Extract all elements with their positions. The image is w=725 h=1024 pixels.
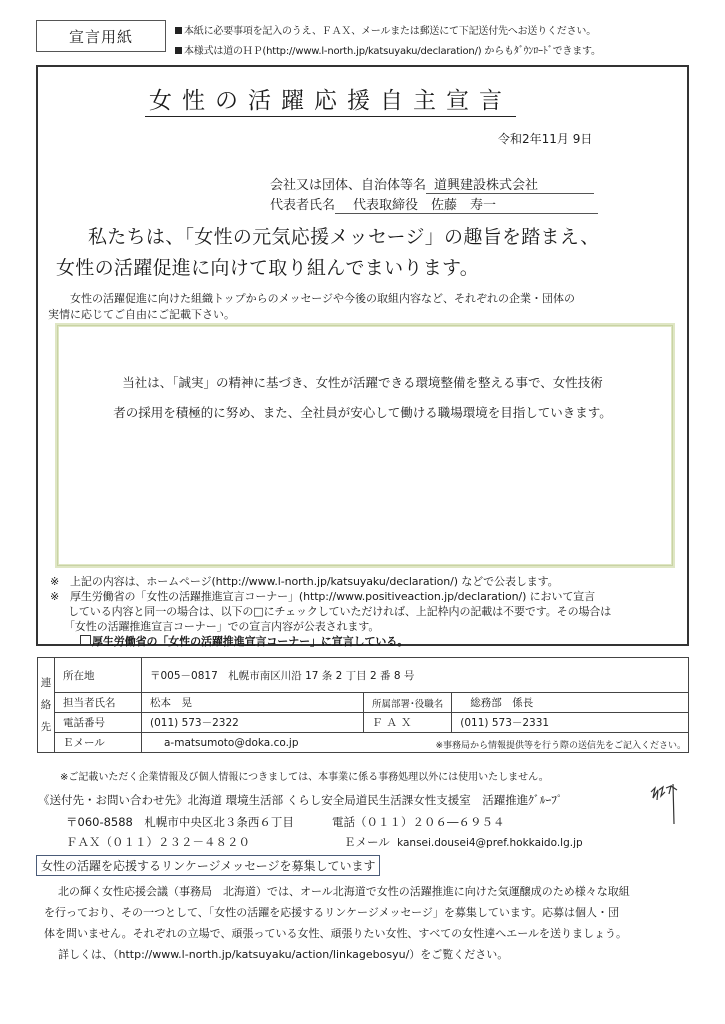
pledge-line-1: 私たちは、「女性の元気応援メッセージ」の趣旨を踏まえ、 [88,222,600,249]
representative-label: 代表者氏名 [270,194,335,214]
representative-field[interactable]: 代表者氏名 代表取締役 佐藤 寿一 [270,194,598,214]
instruction-line-1: 女性の活躍促進に向けた組織トップからのメッセージや今後の取組内容など、それぞれの… [70,290,575,306]
page-title: 女性の活躍応援自主宣言 [145,82,516,117]
privacy-note: ※ご記載いただく企業情報及び個人情報につきましては、本事業に係る事務処理以外には… [60,768,549,783]
note-line-4: 「女性の活躍推進宣言コーナー」での宣言内容が公表されます。 [64,618,379,634]
send-to-phone: 電話（０１１）２０６―６９５４ [332,814,505,830]
phone-value[interactable]: (011) 573－2322 [142,713,364,733]
person-label: 担当者氏名 [55,693,142,713]
email-label: Ｅメール [55,733,142,753]
bullet-square-icon [175,47,182,54]
message-textarea[interactable] [55,323,675,568]
form-label: 宣言用紙 [36,20,166,52]
checkbox-label: 厚生労働省の「女性の活躍推進宣言コーナー」に宣言している。 [92,635,408,648]
send-to-fax: ＦＡＸ（０１１）２３２－４８２０ [66,834,250,850]
notice-line-2: 本様式は道のＨＰ(http://www.l-north.jp/katsuyaku… [175,42,601,57]
linkage-line-1: 北の輝く女性応援会議（事務局 北海道）では、オール北海道で女性の活躍推進に向けた… [58,883,630,899]
form-label-text: 宣言用紙 [69,26,133,47]
dept-value[interactable]: 総務部 係長 [452,693,689,713]
org-name-field[interactable]: 会社又は団体、自治体等名 道興建設株式会社 [270,174,594,194]
person-value[interactable]: 松本 晃 [142,693,364,713]
phone-label: 電話番号 [55,713,142,733]
message-line-2: 者の採用を積極的に努め、また、全社員が安心して働ける職場環境を目指していきます。 [0,403,725,421]
note-line-2: ※ 厚生労働省の「女性の活躍推進宣言コーナー」(http://www.posit… [50,588,595,604]
contact-table: 連 絡 先 所在地 〒005－0817 札幌市南区川沿 17 条 2 丁目 2 … [37,657,689,753]
fax-label: ＦＡＸ [364,713,452,733]
contact-side-label: 連 絡 先 [38,658,55,753]
send-to-address: 〒060-8588 札幌市中央区北３条西６丁目 [66,814,294,830]
org-name-label: 会社又は団体、自治体等名 [270,174,426,194]
linkage-heading: 女性の活躍を応援するリンケージメッセージを募集しています [36,855,380,876]
dept-label: 所属部署･役職名 [364,693,452,713]
checkbox[interactable] [80,635,91,646]
linkage-line-2: を行っており、その一つとして、「女性の活躍を応援するリンケージメッセージ」を募集… [44,904,619,920]
send-to-email[interactable]: Ｅメール kansei.dousei4@pref.hokkaido.lg.jp [344,834,583,850]
email-note: ※事務局から情報提供等を行う際の送信先をご記入ください。 [435,738,686,751]
email-row: a-matsumoto@doka.co.jp ※事務局から情報提供等を行う際の送… [142,733,689,753]
linkage-line-4[interactable]: 詳しくは、（http://www.l-north.jp/katsuyaku/ac… [58,946,508,962]
signature-stamp-icon [649,784,681,834]
address-label: 所在地 [55,658,142,693]
pledge-line-2: 女性の活躍促進に向けて取り組んでまいります。 [56,253,479,280]
note-line-3: している内容と同一の場合は、以下の□にチェックしていただければ、上記枠内の記載は… [68,603,611,619]
message-line-1: 当社は、「誠実」の精神に基づき、女性が活躍できる環境整備を整える事で、女性技術 [0,373,725,391]
declaration-date: 令和2年11月 9日 [498,130,592,147]
address-value[interactable]: 〒005－0817 札幌市南区川沿 17 条 2 丁目 2 番 8 号 [142,658,689,693]
note-line-1: ※ 上記の内容は、ホームページ(http://www.l-north.jp/ka… [50,573,559,589]
org-name-value[interactable]: 道興建設株式会社 [426,174,594,194]
send-to-header: 《送付先・お問い合わせ先》北海道 環境生活部 くらし安全局道民生活課女性支援室 … [38,792,563,808]
linkage-line-3: 体を問いません。それぞれの立場で、頑張っている女性、頑張りたい女性、すべての女性… [44,925,627,941]
notice-line-1: 本紙に必要事項を記入のうえ、ＦＡＸ、メールまたは郵送にて下記送付先へお送りくださ… [175,22,596,37]
instruction-line-2: 実情に応じてご自由にご記載下さい。 [48,306,235,322]
fax-value[interactable]: (011) 573－2331 [452,713,689,733]
email-value[interactable]: a-matsumoto@doka.co.jp [150,737,299,749]
bullet-square-icon [175,27,182,34]
representative-value[interactable]: 代表取締役 佐藤 寿一 [335,194,598,214]
mhlw-checkbox-row[interactable]: 厚生労働省の「女性の活躍推進宣言コーナー」に宣言している。 [80,633,408,649]
